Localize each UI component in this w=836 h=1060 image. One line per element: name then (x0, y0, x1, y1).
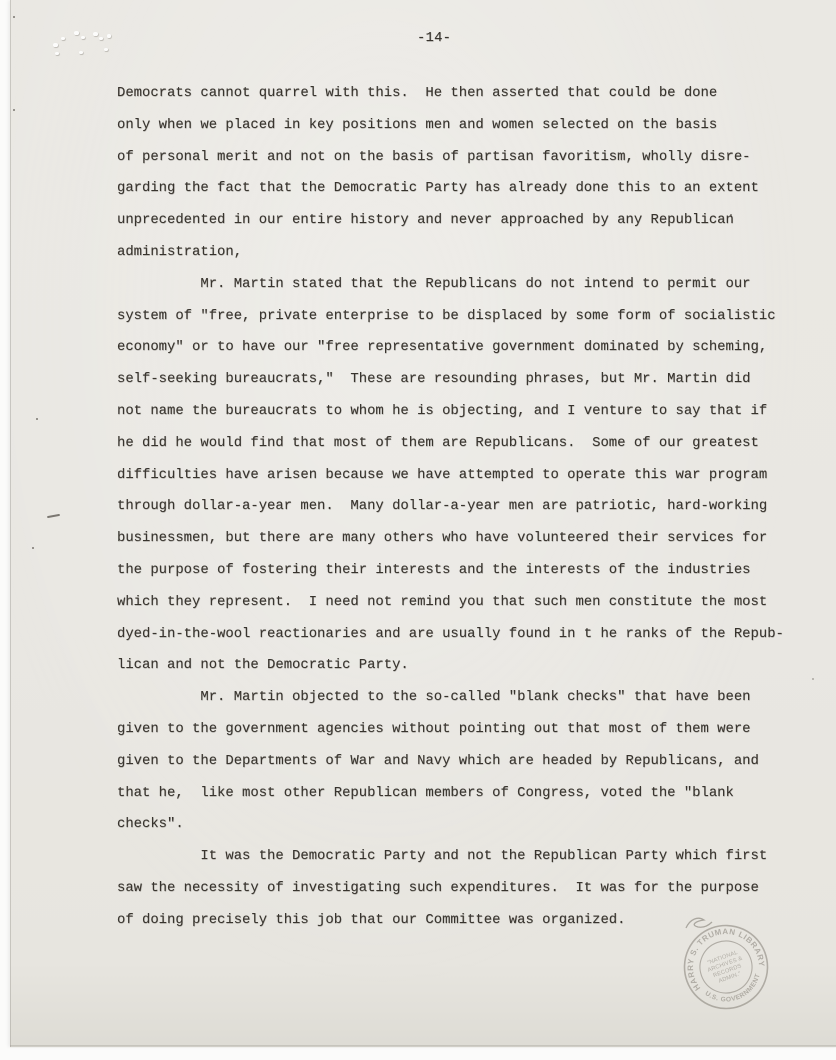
text-line: given to the government agencies without… (117, 714, 785, 746)
impression-mark (104, 48, 108, 51)
impression-mark (81, 36, 85, 39)
paper-speck (36, 418, 38, 420)
text-line: dyed-in-the-wool reactionaries and are u… (117, 619, 785, 651)
paper-speck (13, 109, 15, 111)
impression-mark (79, 51, 83, 54)
document-text: Democrats cannot quarrel with this. He t… (117, 78, 785, 937)
text-line: which they represent. I need not remind … (117, 587, 785, 619)
text-line: economy" or to have our "free representa… (117, 332, 785, 364)
text-line: of personal merit and not on the basis o… (117, 142, 785, 174)
text-line: garding the fact that the Democratic Par… (117, 173, 785, 205)
archive-stamp: HARRY S. TRUMAN LIBRARY U.S. GOVERNMENT … (661, 902, 791, 1032)
impression-mark (74, 31, 79, 35)
text-line: self-seeking bureaucrats," These are res… (117, 364, 785, 396)
page-number: -14- (417, 30, 451, 46)
impression-mark (61, 37, 65, 40)
text-line: administration, (117, 237, 785, 269)
paper-speck (32, 547, 34, 549)
stamp-center-text: "NATIONAL ARCHIVES & RECORDS ADMIN." (705, 949, 748, 987)
text-line: through dollar-a-year men. Many dollar-a… (117, 491, 785, 523)
text-line: difficulties have arisen because we have… (117, 460, 785, 492)
text-line: It was the Democratic Party and not the … (117, 841, 785, 873)
text-line: that he, like most other Republican memb… (117, 778, 785, 810)
paper-speck (812, 678, 814, 680)
scanned-document-page: -14- Democrats cannot quarrel with this.… (0, 0, 836, 1060)
impression-mark (55, 52, 59, 55)
text-line: Mr. Martin objected to the so-called "bl… (117, 682, 785, 714)
text-line: unprecedented in our entire history and … (117, 205, 785, 237)
paper-speck (13, 16, 15, 18)
text-line: system of "free, private enterprise to b… (117, 301, 785, 333)
text-line: he did he would find that most of them a… (117, 428, 785, 460)
text-line: businessmen, but there are many others w… (117, 523, 785, 555)
impression-mark (53, 43, 58, 47)
text-line: the purpose of fostering their interests… (117, 555, 785, 587)
text-line: Democrats cannot quarrel with this. He t… (117, 78, 785, 110)
text-line: given to the Departments of War and Navy… (117, 746, 785, 778)
text-line: Mr. Martin stated that the Republicans d… (117, 269, 785, 301)
text-line: checks". (117, 809, 785, 841)
page-bottom-edge (10, 1045, 836, 1048)
impression-mark (107, 34, 111, 38)
text-line: saw the necessity of investigating such … (117, 873, 785, 905)
impression-mark (93, 32, 98, 36)
impression-mark (99, 37, 103, 40)
text-line: not name the bureaucrats to whom he is o… (117, 396, 785, 428)
text-line: lican and not the Democratic Party. (117, 650, 785, 682)
text-line: only when we placed in key positions men… (117, 110, 785, 142)
